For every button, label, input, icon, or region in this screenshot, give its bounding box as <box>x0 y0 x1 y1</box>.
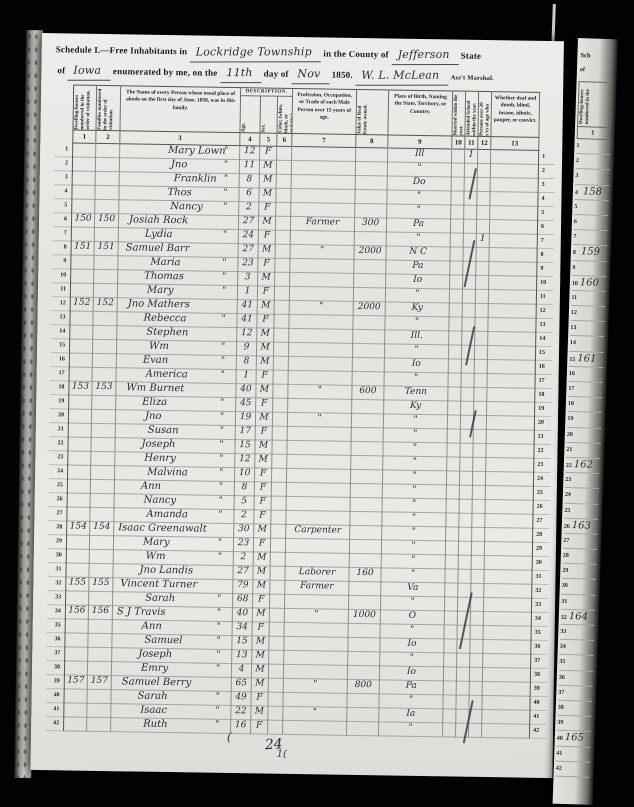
school-cell <box>464 205 477 220</box>
row-number-left: 32 <box>47 576 65 591</box>
row-number-right: 38 <box>531 668 547 683</box>
age-cell: 27 <box>239 215 259 230</box>
married-cell <box>450 274 463 289</box>
sliver-row: 25 <box>564 503 598 519</box>
person-name: Samuel Berry <box>112 676 192 688</box>
school-cell <box>460 457 473 472</box>
sliver-row: 28 <box>563 549 597 565</box>
sliver-row: 38 <box>558 701 592 717</box>
sex-cell: M <box>252 649 269 664</box>
school-cell <box>461 401 474 416</box>
marshal-label: Ass't Marshal. <box>451 74 494 82</box>
cannot-read-cell <box>471 625 484 640</box>
sex-cell: F <box>253 593 270 608</box>
sliver-column-number: 1 <box>577 127 609 140</box>
row-number-left: 5 <box>53 198 71 213</box>
sex-cell: M <box>251 705 268 720</box>
cannot-read-cell <box>474 373 487 388</box>
row-number-left: 36 <box>46 632 64 647</box>
person-name: Lydia <box>119 228 173 240</box>
family-number-cell <box>87 717 111 732</box>
surname-ditto-mark: " <box>222 285 226 298</box>
row-number-right: 32 <box>532 584 548 599</box>
family-number-cell <box>90 507 114 522</box>
row-number-right: 39 <box>531 682 547 697</box>
cannot-read-cell <box>471 569 484 584</box>
cannot-read-cell <box>473 471 486 486</box>
cannot-read-cell <box>476 275 489 290</box>
row-number-right: 21 <box>535 430 551 445</box>
title-printed: State <box>461 51 482 61</box>
row-number-right: 4 <box>538 192 554 207</box>
age-cell: 34 <box>233 621 253 636</box>
surname-ditto-mark: " <box>224 159 228 172</box>
sex-cell: M <box>257 327 274 342</box>
cannot-read-cell <box>478 149 491 164</box>
married-cell <box>449 330 462 345</box>
header-condition: Whether deaf and dumb, blind, insane, id… <box>491 91 540 138</box>
cannot-read-cell <box>477 191 490 206</box>
sex-cell: M <box>257 355 274 370</box>
row-number-right: 33 <box>532 598 548 613</box>
person-name: Sarah <box>113 592 175 604</box>
table-body: 1 Mary Lown" 12 F Ill 1 1 2 Jno" 11 M " … <box>45 142 557 738</box>
color-cell <box>276 216 291 231</box>
age-cell: 41 <box>237 313 257 328</box>
row-number-right: 17 <box>535 374 551 389</box>
sliver-row-number: 28 <box>563 549 571 563</box>
sex-cell: M <box>252 663 269 678</box>
row-number-left: 29 <box>48 534 66 549</box>
married-cell <box>452 162 465 177</box>
row-number-right: 2 <box>539 164 555 179</box>
color-cell <box>272 496 287 511</box>
age-cell: 11 <box>240 159 260 174</box>
row-number-left: 8 <box>53 240 71 255</box>
school-cell <box>456 695 469 710</box>
school-cell <box>464 219 477 234</box>
footer-stray-mark-2: 1( <box>277 749 287 760</box>
row-number-left: 17 <box>51 366 69 381</box>
sliver-row-number: 19 <box>567 412 575 426</box>
header-sex: Sex. <box>260 96 278 133</box>
sliver-row-number: 34 <box>560 640 568 654</box>
color-cell <box>268 706 283 721</box>
person-name: Wm Burnet <box>116 382 184 394</box>
color-cell <box>272 468 287 483</box>
sliver-row-number: 1 <box>576 139 584 153</box>
person-name: Nancy <box>119 200 203 212</box>
census-page: Schedule I.—Free Inhabitants in Lockridg… <box>30 33 564 778</box>
surname-ditto-mark: " <box>223 229 227 242</box>
cannot-read-cell <box>475 331 488 346</box>
sex-cell: F <box>256 397 273 412</box>
sliver-row-number: 41 <box>556 746 564 760</box>
handwritten-month: Nov <box>291 66 329 84</box>
person-name: Maria <box>118 256 180 268</box>
married-cell <box>449 358 462 373</box>
cannot-read-cell <box>475 345 488 360</box>
sex-cell: M <box>253 579 270 594</box>
row-number-right: 29 <box>533 542 549 557</box>
cannot-read-cell <box>469 723 482 738</box>
cannot-read-cell <box>474 387 487 402</box>
sliver-row-number: 8 <box>573 246 581 260</box>
title-printed: in the County of <box>323 48 389 59</box>
family-number-cell: 153 <box>92 381 116 396</box>
handwritten-day: 11th <box>220 65 261 83</box>
header-condition-text: Whether deaf and dumb, blind, insane, id… <box>492 92 540 128</box>
sliver-row-number: 11 <box>571 291 579 305</box>
sex-cell: M <box>259 187 276 202</box>
surname-ditto-mark: " <box>220 397 224 410</box>
sliver-row-number: 21 <box>566 443 574 457</box>
color-cell <box>274 314 289 329</box>
row-number-left: 41 <box>45 702 63 717</box>
sex-cell: F <box>257 313 274 328</box>
color-cell <box>269 650 284 665</box>
margin-header <box>54 84 73 130</box>
married-cell <box>445 582 458 597</box>
person-name: Jno Landis <box>113 564 193 576</box>
sliver-row-number: 40 <box>557 732 565 746</box>
sex-cell: M <box>255 453 272 468</box>
school-cell <box>459 513 472 528</box>
row-number-right: 19 <box>535 402 551 417</box>
person-name: Malvina <box>115 466 188 478</box>
sex-cell: F <box>258 257 275 272</box>
cannot-read-cell <box>476 289 489 304</box>
sliver-row: 21 <box>566 443 600 459</box>
sliver-row: 23 <box>565 473 599 489</box>
description-subcolumns: Age. Sex. Color, (white, black, or mulat… <box>240 96 292 134</box>
sex-cell: M <box>258 271 275 286</box>
sliver-row: 39 <box>557 716 591 732</box>
sliver-row: 30 <box>562 579 596 595</box>
surname-ditto-mark: " <box>224 145 228 158</box>
age-cell: 16 <box>231 719 251 734</box>
row-number-left: 24 <box>49 464 67 479</box>
school-cell <box>459 541 472 556</box>
sex-cell: M <box>258 243 275 258</box>
sex-cell: M <box>254 551 271 566</box>
row-number-left: 26 <box>49 492 67 507</box>
sliver-partial-entry: 161 <box>577 353 596 365</box>
color-cell <box>272 454 287 469</box>
surname-ditto-mark: " <box>221 313 225 326</box>
age-cell: 1 <box>238 285 258 300</box>
sliver-header-text: Dwelling-houses numbered in the <box>578 82 593 126</box>
sliver-row-number: 18 <box>568 397 576 411</box>
surname-ditto-mark: " <box>216 663 220 676</box>
school-cell: 1 <box>465 149 478 164</box>
age-cell: 15 <box>232 635 252 650</box>
color-cell <box>270 580 285 595</box>
school-cell <box>457 681 470 696</box>
sliver-row: 9 <box>572 260 606 276</box>
row-number-right: 3 <box>539 178 555 193</box>
sex-cell: M <box>253 565 270 580</box>
table-header: Dwelling-houses numbered in the order of… <box>54 84 558 138</box>
sliver-row-number: 7 <box>573 230 581 244</box>
school-cell <box>460 443 473 458</box>
age-cell: 12 <box>235 453 255 468</box>
married-cell <box>444 680 457 695</box>
sliver-row-number: 10 <box>572 277 580 291</box>
row-number-left: 33 <box>47 590 65 605</box>
header-family-text: Families numbered in the order of visita… <box>96 86 116 131</box>
married-cell <box>447 470 460 485</box>
cannot-read-cell <box>472 555 485 570</box>
cannot-read-cell <box>477 219 490 234</box>
surname-ditto-mark: " <box>222 271 226 284</box>
color-cell <box>277 160 292 175</box>
person-name: Mary Lown <box>120 144 226 157</box>
sliver-row: 20 <box>567 427 601 443</box>
title-printed: day of <box>264 68 289 78</box>
surname-ditto-mark: " <box>216 635 220 648</box>
row-number-right: 6 <box>538 220 554 235</box>
sliver-row-number: 13 <box>570 321 578 335</box>
surname-ditto-mark: " <box>219 467 223 480</box>
surname-ditto-mark: " <box>223 187 227 200</box>
schedule-title: Schedule I.—Free Inhabitants in Lockridg… <box>55 41 559 87</box>
header-married: Married within the year. <box>452 90 466 136</box>
row-number-left: 6 <box>53 212 71 227</box>
row-number-right: 41 <box>530 710 546 725</box>
sliver-partial-entry: 159 <box>581 247 600 259</box>
sex-cell: F <box>255 481 272 496</box>
sex-cell: F <box>259 201 276 216</box>
age-cell: 27 <box>233 565 253 580</box>
color-cell <box>271 524 286 539</box>
sex-cell: F <box>255 495 272 510</box>
person-name: Vincent Turner <box>113 578 197 590</box>
person-name: Sarah <box>112 690 168 702</box>
sliver-row-number: 42 <box>556 761 564 775</box>
married-cell <box>447 484 460 499</box>
cannot-read-cell <box>474 429 487 444</box>
row-number-left: 9 <box>52 254 70 269</box>
sliver-row: 8159 <box>573 245 607 261</box>
sex-cell: M <box>255 439 272 454</box>
sliver-partial-entry: 163 <box>572 520 591 532</box>
row-number-left: 15 <box>51 338 69 353</box>
color-cell <box>275 258 290 273</box>
next-page-sliver: Sch of Dwelling-houses numbered in the 1… <box>553 38 618 805</box>
sliver-partial-entry: 165 <box>565 732 584 744</box>
age-cell: 23 <box>238 257 258 272</box>
row-number-right: 35 <box>532 626 548 641</box>
married-cell <box>446 526 459 541</box>
cannot-read-cell <box>475 359 488 374</box>
header-age-text: Age. <box>240 96 248 134</box>
sliver-rows: 1234158567815991016011121314151611617181… <box>554 139 615 778</box>
person-name: Joseph <box>115 438 175 450</box>
sliver-row-number: 35 <box>559 655 567 669</box>
sex-cell: M <box>257 341 274 356</box>
married-cell <box>443 694 456 709</box>
person-name: Ann <box>115 480 161 492</box>
cannot-read-cell <box>476 303 489 318</box>
color-cell <box>274 328 289 343</box>
row-number-right: 37 <box>531 654 547 669</box>
surname-ditto-mark: " <box>221 341 225 354</box>
school-cell <box>459 555 472 570</box>
sliver-partial-entry: 158 <box>583 186 602 198</box>
age-cell: 1 <box>237 369 257 384</box>
sliver-row: 13 <box>570 321 604 337</box>
age-cell: 5 <box>235 495 255 510</box>
age-cell: 40 <box>233 607 253 622</box>
age-cell: 41 <box>238 299 258 314</box>
row-number-right: 24 <box>534 472 550 487</box>
row-number-left: 42 <box>45 716 63 731</box>
handwritten-state: Iowa <box>68 62 111 80</box>
color-cell <box>270 622 285 637</box>
header-name: The Name of every Person whose usual pla… <box>120 85 241 133</box>
sliver-row: 34 <box>560 640 594 656</box>
cannot-read-cell <box>473 443 486 458</box>
married-cell <box>446 540 459 555</box>
header-age: Age. <box>240 96 261 134</box>
sliver-row: 31 <box>561 594 595 610</box>
row-number-right: 26 <box>533 500 549 515</box>
sliver-row-number: 16 <box>569 367 577 381</box>
school-cell <box>458 569 471 584</box>
cannot-read-cell <box>473 485 486 500</box>
sliver-row-number: 14 <box>570 336 578 350</box>
sliver-row: 18 <box>568 397 602 413</box>
name-cell: Ruth" <box>111 717 231 734</box>
row-number-left: 38 <box>46 660 64 675</box>
age-cell: 2 <box>234 509 254 524</box>
sliver-row-number: 4 <box>575 186 583 200</box>
school-cell <box>463 289 476 304</box>
row-number-left: 16 <box>51 352 69 367</box>
cannot-read-cell: 1 <box>477 233 490 248</box>
row-number-right: 16 <box>536 360 552 375</box>
dwelling-number-cell <box>65 618 89 633</box>
row-number-right: 31 <box>532 570 548 585</box>
row-number-left: 30 <box>48 548 66 563</box>
school-cell <box>460 485 473 500</box>
header-dwelling-text: Dwelling-houses numbered in the order of… <box>73 86 93 131</box>
sliver-row-number: 12 <box>571 306 579 320</box>
row-number-left: 1 <box>54 142 72 157</box>
person-name: Stephen <box>117 326 188 338</box>
header-name-text: The Name of every Person whose usual pla… <box>121 86 240 116</box>
sliver-row-number: 23 <box>565 473 573 487</box>
sliver-row: 4158 <box>575 185 609 201</box>
age-cell: 22 <box>231 705 251 720</box>
age-cell: 15 <box>235 439 255 454</box>
cannot-read-cell <box>473 499 486 514</box>
sex-cell: F <box>258 285 275 300</box>
sliver-row-number: 32 <box>561 611 569 625</box>
age-cell: 13 <box>232 649 252 664</box>
sliver-row-number: 29 <box>562 564 570 578</box>
header-school: Attended School within the year. <box>465 91 479 137</box>
color-cell <box>268 692 283 707</box>
married-cell <box>448 386 461 401</box>
surname-ditto-mark: " <box>222 257 226 270</box>
married-cell <box>451 204 464 219</box>
margin-header <box>539 92 556 138</box>
surname-ditto-mark: " <box>215 719 219 732</box>
age-cell: 4 <box>232 663 252 678</box>
condition-cell <box>482 723 530 739</box>
header-occupation-text: Profession, Occupation, or Trade of each… <box>293 89 357 125</box>
sliver-row-number: 9 <box>572 260 580 274</box>
sliver-row: 29 <box>562 564 596 580</box>
age-cell: 19 <box>236 411 256 426</box>
surname-ditto-mark: " <box>219 439 223 452</box>
sliver-row: 42 <box>556 761 590 777</box>
row-number-right: 28 <box>533 528 549 543</box>
row-number-right: 22 <box>534 444 550 459</box>
row-number-left: 34 <box>47 604 65 619</box>
age-cell: 27 <box>238 243 258 258</box>
married-cell <box>445 624 458 639</box>
color-cell <box>273 398 288 413</box>
header-birthplace: Place of Birth, Naming the State, Territ… <box>388 89 453 136</box>
school-cell <box>457 667 470 682</box>
surname-ditto-mark: " <box>220 411 224 424</box>
header-real-estate: Value of Real Estate owned. <box>356 89 389 135</box>
color-cell <box>276 230 291 245</box>
row-number-left: 18 <box>50 380 68 395</box>
row-number-left: 28 <box>48 520 66 535</box>
school-cell <box>461 373 474 388</box>
color-cell <box>275 300 290 315</box>
sliver-row-number: 3 <box>575 169 583 183</box>
person-name: Ruth <box>111 718 168 730</box>
color-cell <box>271 538 286 553</box>
row-number-right: 8 <box>537 248 553 263</box>
person-name: Rebecca <box>117 312 186 324</box>
title-printed: of <box>57 65 65 75</box>
header-sex-text: Sex. <box>260 96 268 133</box>
married-cell <box>443 722 456 737</box>
married-cell <box>450 288 463 303</box>
person-name: Mary <box>118 284 174 296</box>
color-cell <box>274 370 289 385</box>
color-cell <box>274 356 289 371</box>
person-name: Jno <box>120 158 188 170</box>
sliver-row: 5 <box>574 200 608 216</box>
sliver-row: 27 <box>563 534 597 550</box>
color-cell <box>276 202 291 217</box>
sliver-header-cell: Dwelling-houses numbered in the <box>577 81 611 128</box>
sliver-row-number: 37 <box>558 685 566 699</box>
color-cell <box>269 664 284 679</box>
married-cell <box>452 176 465 191</box>
sliver-row-number: 5 <box>574 200 582 214</box>
sliver-row: 1 <box>576 139 610 155</box>
married-cell <box>444 652 457 667</box>
sex-cell: M <box>258 299 275 314</box>
married-cell <box>444 666 457 681</box>
sex-cell: F <box>257 369 274 384</box>
sliver-row: 36 <box>559 670 593 686</box>
married-cell <box>447 498 460 513</box>
sex-cell: M <box>256 383 273 398</box>
person-name: Samuel <box>112 634 182 646</box>
sliver-row: 10160 <box>572 276 606 292</box>
row-number-left: 25 <box>49 478 67 493</box>
row-number-right: 42 <box>530 724 546 739</box>
